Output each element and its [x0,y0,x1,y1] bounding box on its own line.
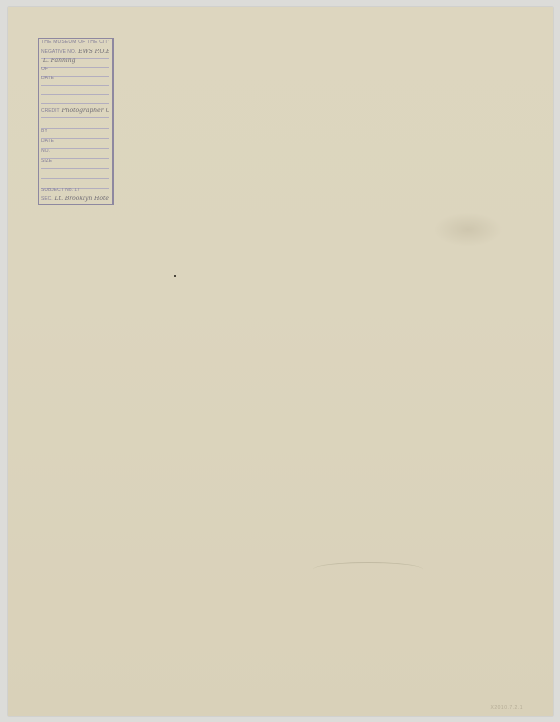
stamp-row: SIZE [41,159,109,169]
stamp-row-credit: CREDITPhotographer Unk. [41,108,109,118]
stamp-header: THE MUSEUM OF THE CITY OF [41,40,109,49]
stamp-row: DATE [41,139,109,149]
faint-pencil-mark [313,562,423,577]
stamp-row [41,94,109,104]
archive-stamp: THE MUSEUM OF THE CITY OF NEGATIVE NO.EW… [38,38,114,205]
stamp-row-section: SEC.Lt. Brooklyn Hotel Room [41,196,109,205]
stamp-row [41,119,109,129]
stamp-row: NO. [41,149,109,159]
ink-dot [174,275,176,277]
smudge-mark [433,212,503,247]
paper-sheet: THE MUSEUM OF THE CITY OF NEGATIVE NO.EW… [8,7,553,716]
stamp-row [41,169,109,179]
catalog-number: X2010.7.2.1 [491,705,523,711]
stamp-row: BY [41,129,109,139]
